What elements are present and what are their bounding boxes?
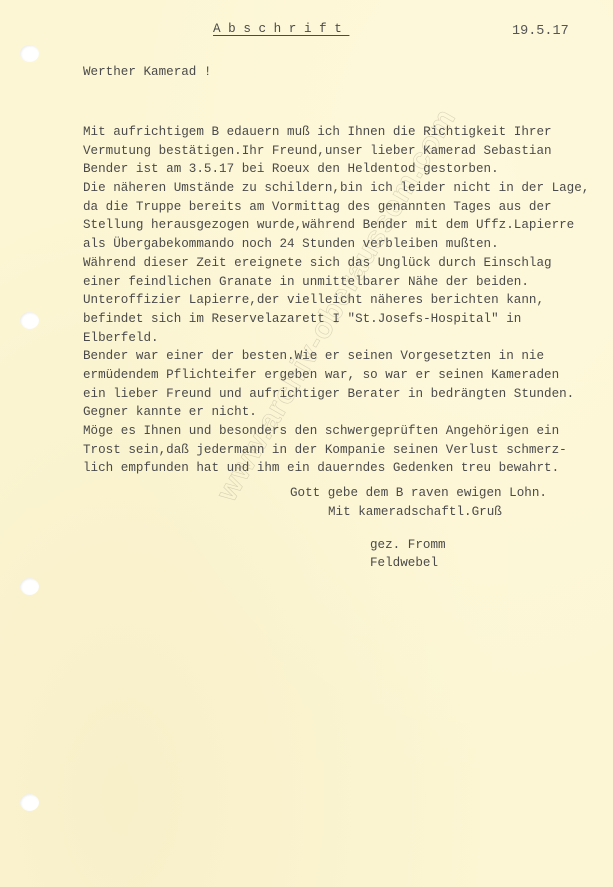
body-line: Während dieser Zeit ereignete sich das U… [83,254,589,273]
body-line: Gegner kannte er nicht. [83,403,589,422]
document-heading: Abschrift [213,22,349,36]
body-line: lich empfunden hat und ihm ein dauerndes… [83,459,589,478]
body-line: Die näheren Umstände zu schildern,bin ic… [83,179,589,198]
closing-greeting: Mit kameradschaftl.Gruß [328,505,502,519]
body-line: Bender ist am 3.5.17 bei Roeux den Helde… [83,160,589,179]
body-line: Elberfeld. [83,329,589,348]
body-line: ein lieber Freund und aufrichtiger Berat… [83,385,589,404]
body-line: einer feindlichen Granate in unmittelbar… [83,273,589,292]
closing-line: Gott gebe dem B raven ewigen Lohn. [290,486,547,500]
body-line: Mit aufrichtigem B edauern muß ich Ihnen… [83,123,589,142]
body-line: Bender war einer der besten.Wie er seine… [83,347,589,366]
signature-name: gez. Fromm [370,538,446,552]
body-line: Trost sein,daß jedermann in der Kompanie… [83,441,589,460]
body-line: Vermutung bestätigen.Ihr Freund,unser li… [83,142,589,161]
document-date: 19.5.17 [512,24,569,39]
body-line: Möge es Ihnen und besonders den schwerge… [83,422,589,441]
punch-hole [20,794,39,811]
document-page: Abschrift 19.5.17 Werther Kamerad ! Mit … [0,0,613,887]
body-line: Stellung herausgezogen wurde,während Ben… [83,216,589,235]
punch-hole [20,312,39,329]
body-line: da die Truppe bereits am Vormittag des g… [83,198,589,217]
body-line: befindet sich im Reservelazarett I "St.J… [83,310,589,329]
letter-body: Mit aufrichtigem B edauern muß ich Ihnen… [83,123,589,478]
signature-rank: Feldwebel [370,556,438,570]
body-line: Unteroffizier Lapierre,der vielleicht nä… [83,291,589,310]
body-line: ermüdendem Pflichteifer ergeben war, so … [83,366,589,385]
body-line: als Übergabekommando noch 24 Stunden ver… [83,235,589,254]
salutation: Werther Kamerad ! [83,65,211,79]
punch-hole [20,45,39,62]
punch-hole [20,578,39,595]
